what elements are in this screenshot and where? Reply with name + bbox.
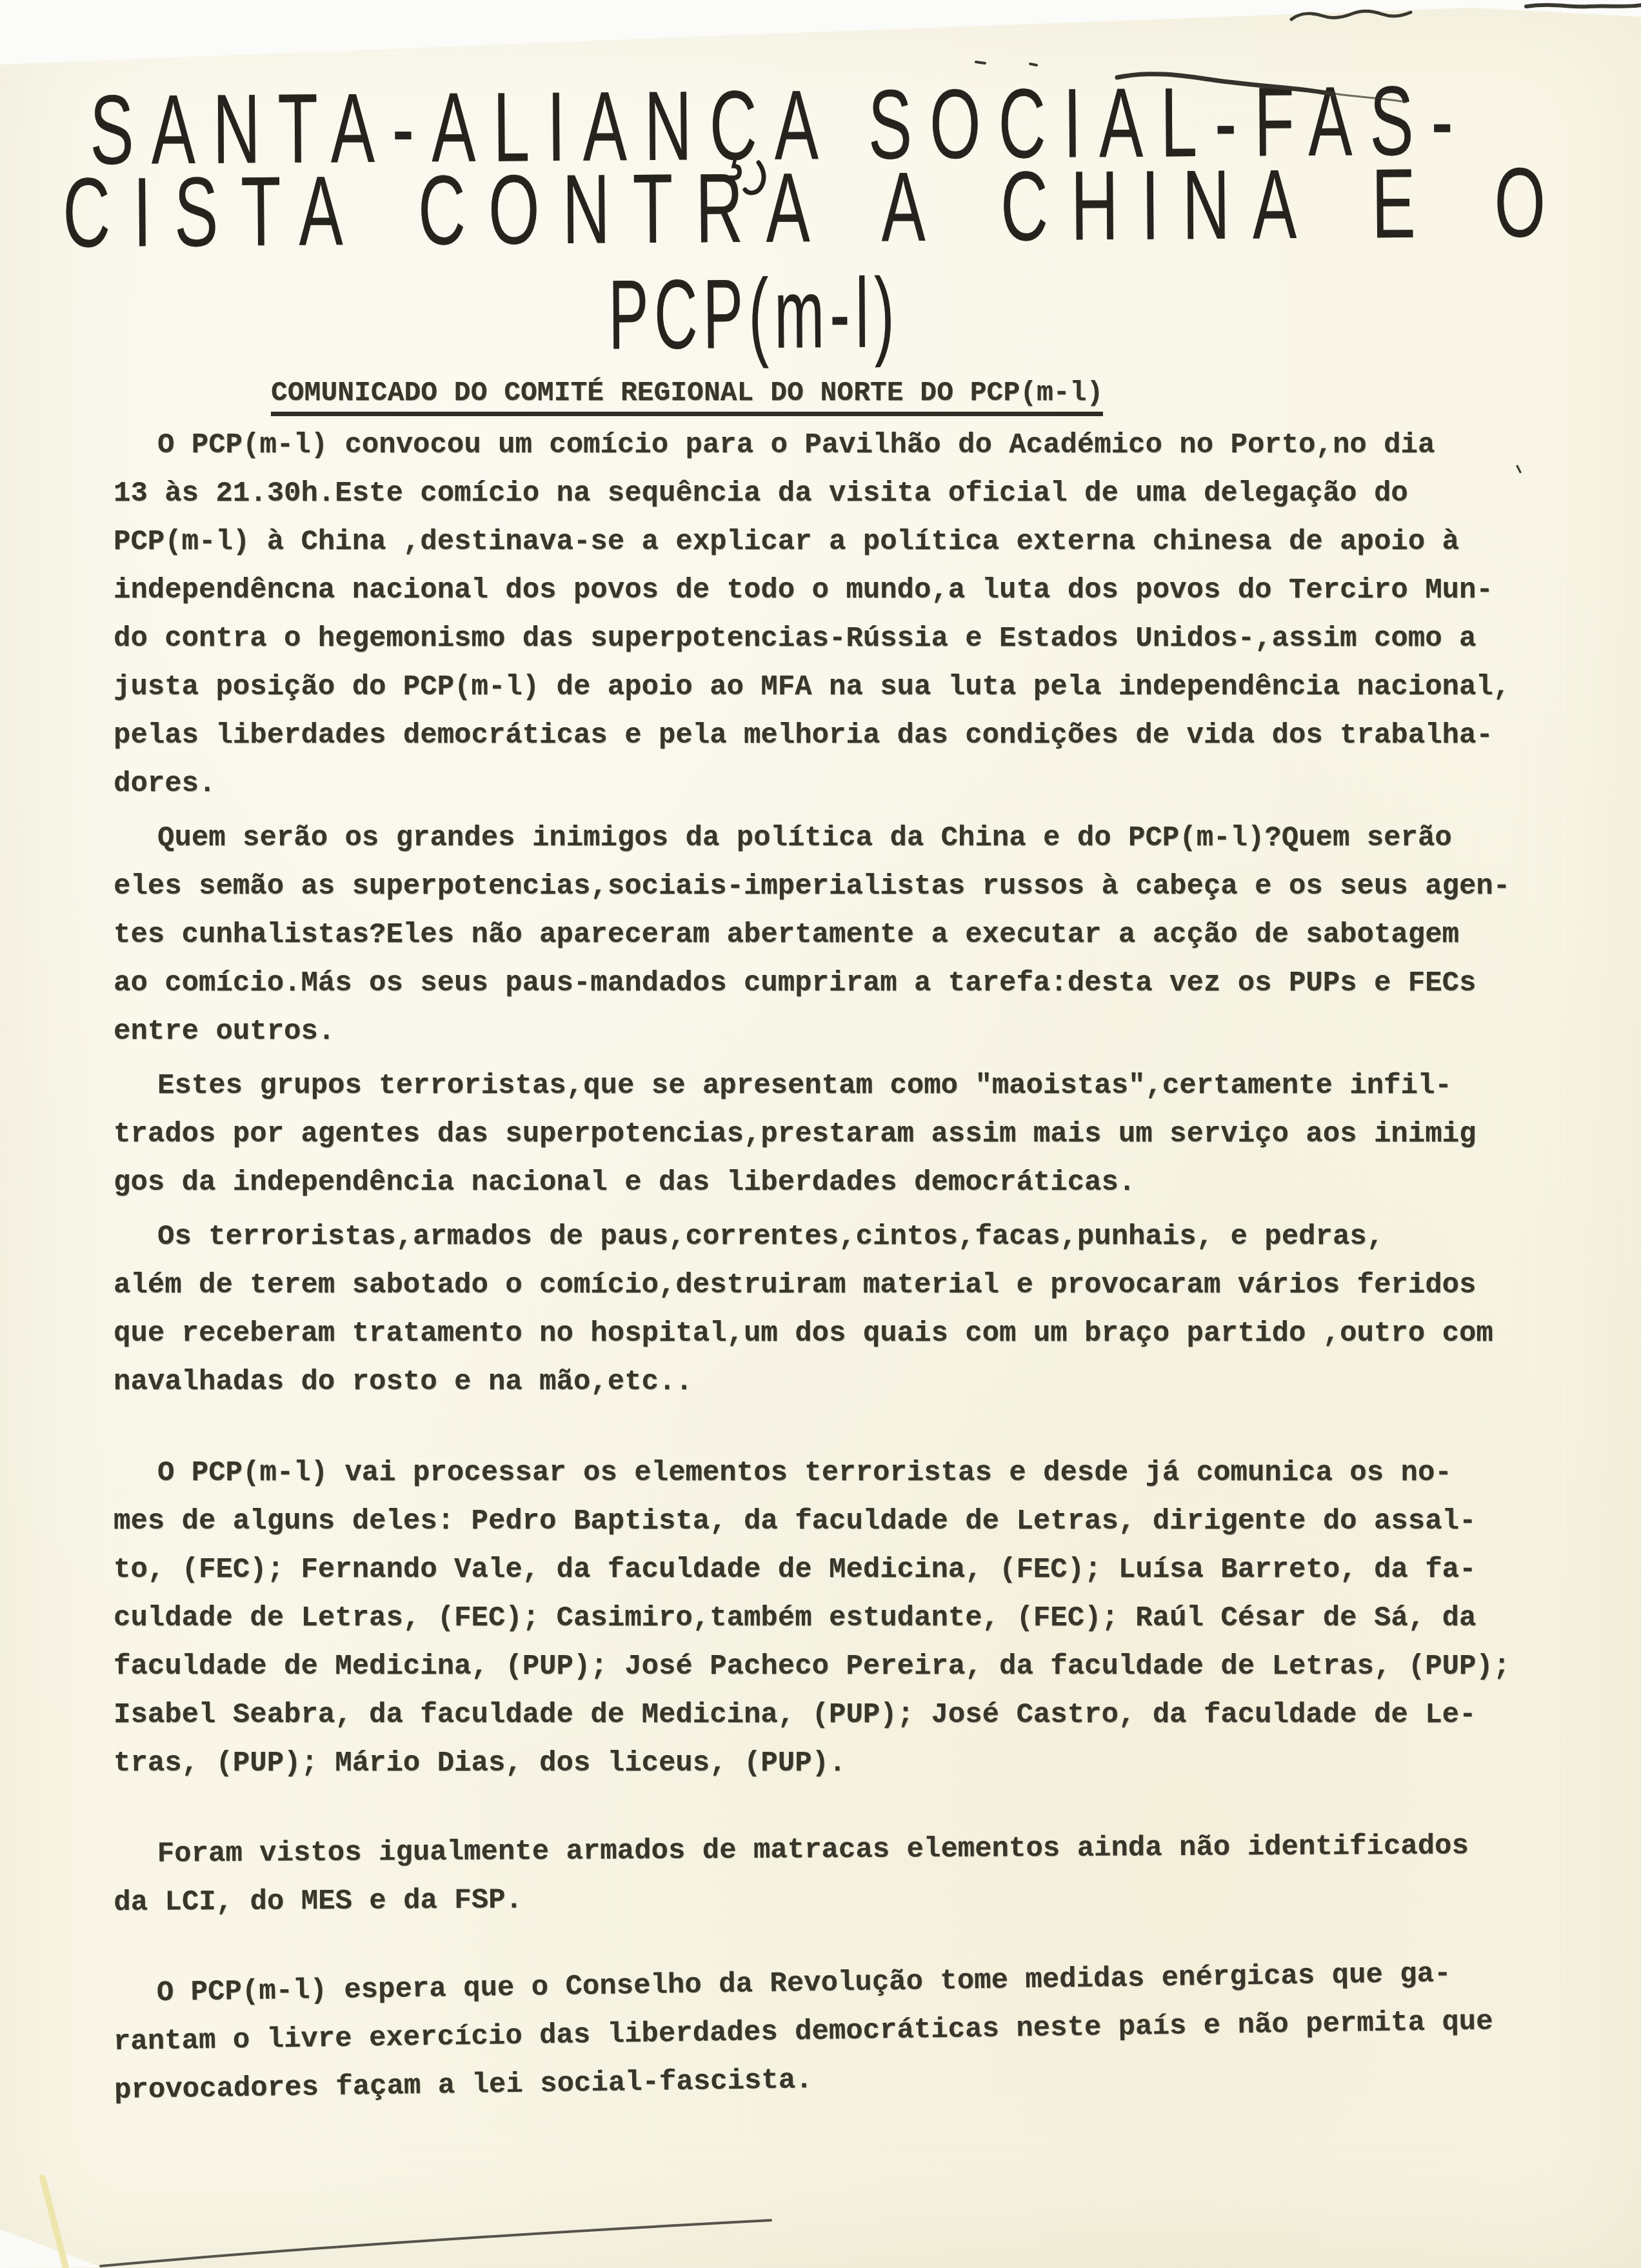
paragraph-4: Os terroristas,armados de paus,correntes… [114, 1213, 1565, 1407]
title-line-2: CISTA CONTRA A CHINA E O [63, 160, 1569, 255]
paragraph-7: O PCP(m-l) espera que o Conselho da Revo… [112, 1949, 1566, 2115]
paragraph-1: O PCP(m-l) convocou um comício para o Pa… [114, 421, 1565, 808]
paragraph-3: Estes grupos terroristas,que se apresent… [114, 1062, 1565, 1207]
paragraph-2: Quem serão os grandes inimigos da políti… [114, 814, 1565, 1056]
paper-sheet: SANTA-ALIANÇA SOCIAL-FAS- CISTA CONTRA A… [0, 0, 1641, 2268]
title-line-3: PCP(m-l) [608, 270, 900, 357]
document-title: SANTA-ALIANÇA SOCIAL-FAS- CISTA CONTRA A… [0, 0, 1641, 360]
paragraph-5: O PCP(m-l) vai processar os elementos te… [114, 1449, 1565, 1788]
paragraph-6: Foram vistos igualmente armados de matra… [114, 1822, 1566, 1928]
document-body: O PCP(m-l) convocou um comício para o Pa… [114, 421, 1565, 2115]
communique-heading: COMUNICADO DO COMITÉ REGIONAL DO NORTE D… [271, 377, 1103, 416]
ink-dash-top-right-corner [1526, 5, 1641, 7]
scanned-document-page: SANTA-ALIANÇA SOCIAL-FAS- CISTA CONTRA A… [0, 0, 1641, 2268]
